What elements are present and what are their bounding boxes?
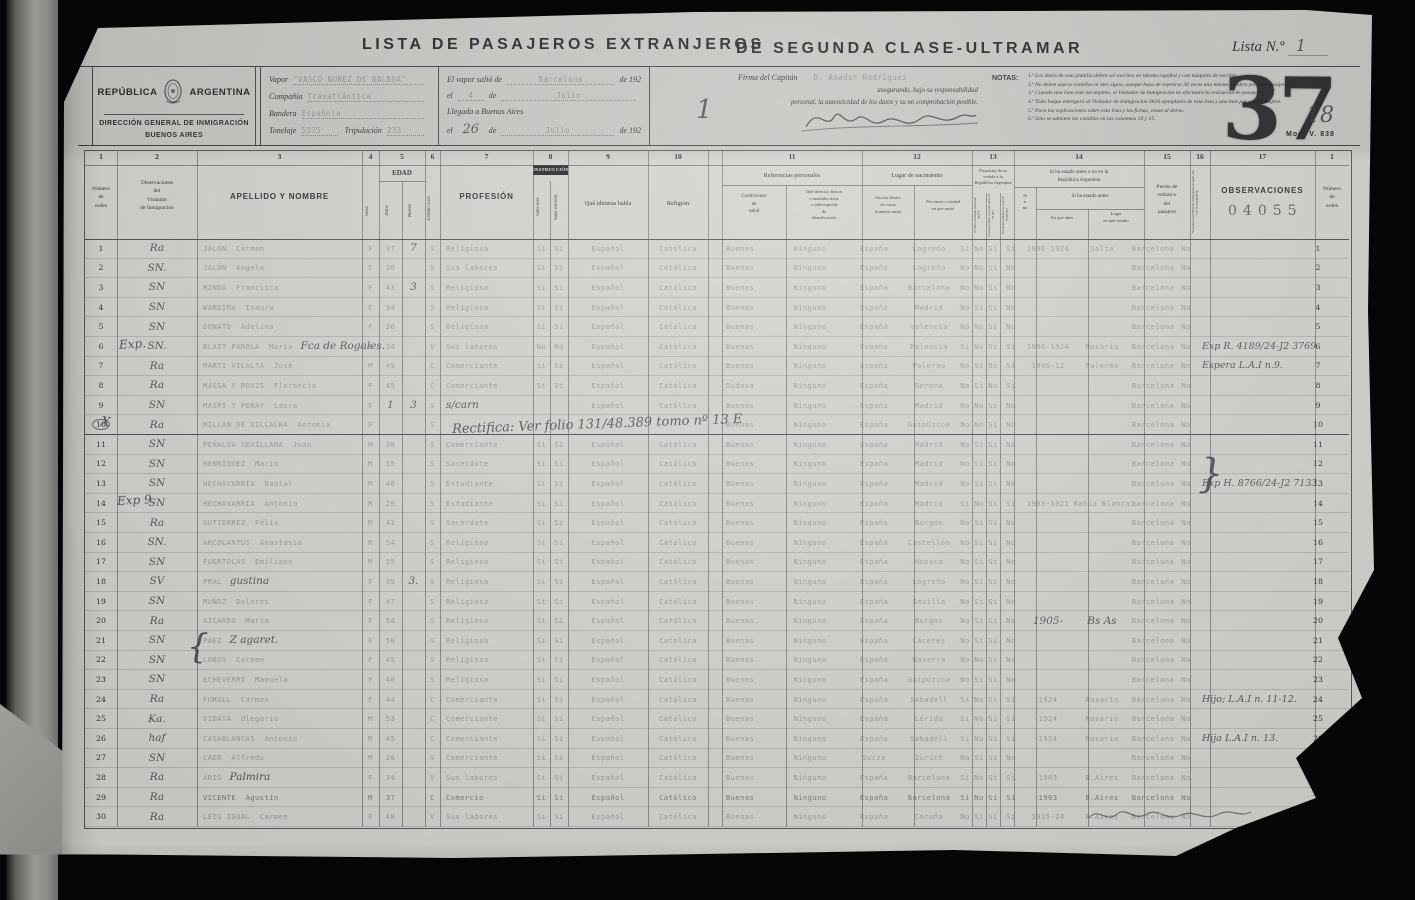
- defects: Ninguno: [772, 611, 848, 630]
- purpose-2: No: [972, 768, 986, 787]
- years-in-argentina: [1022, 259, 1074, 278]
- typed-text: Si: [960, 714, 969, 723]
- age-months: [402, 455, 425, 474]
- typed-text: No: [960, 753, 969, 762]
- can-read: Si: [533, 788, 550, 807]
- visitador-mark: SN: [117, 278, 197, 297]
- llegada-label: Llegada a Buenos Aires: [447, 107, 523, 116]
- column-line: [972, 151, 973, 827]
- profession: Religioso: [440, 533, 533, 552]
- hotel-accept: No: [1176, 553, 1196, 572]
- typed-text: Barcelona: [1132, 381, 1175, 390]
- place-resided: [1074, 631, 1130, 650]
- typed-text: M: [368, 714, 373, 723]
- typed-text: Si: [554, 361, 563, 370]
- defects: Ninguno: [772, 435, 848, 454]
- typed-text: Si: [974, 361, 983, 370]
- purpose-2: Si: [972, 749, 986, 768]
- header-lugar-residio: Lugar en que residió: [1088, 211, 1144, 225]
- typed-text: Católica: [659, 381, 697, 390]
- typed-text: Español: [591, 440, 624, 449]
- handwritten-text: SN.: [147, 262, 166, 274]
- typed-text: Buenas: [726, 616, 754, 625]
- typed-text: Ninguno: [793, 773, 826, 782]
- observations: Hija L.A.I n. 13.: [1196, 729, 1301, 748]
- observations: [1196, 298, 1301, 317]
- typed-text: España: [860, 695, 888, 704]
- birth-nation: España: [848, 690, 900, 709]
- typed-text: 1924: [1039, 714, 1058, 723]
- typed-text: M: [368, 557, 373, 566]
- typed-text: Burgos: [915, 616, 943, 625]
- column-number: 1: [85, 152, 117, 164]
- been-before: Si: [1000, 807, 1022, 826]
- order-number: 29: [85, 788, 117, 807]
- typed-text: MASSA Y ROVIS Florencia: [203, 381, 316, 390]
- hotel-accept: No: [1176, 259, 1196, 278]
- can-write: Si: [550, 807, 568, 826]
- typed-text: Si: [988, 655, 997, 664]
- hotel-accept: No: [1176, 533, 1196, 552]
- passenger-name: ARIS Palmira: [197, 768, 362, 787]
- typed-text: Buenas: [726, 636, 754, 645]
- captain-line1: asegurando, bajo su responsabilidad: [738, 87, 978, 94]
- typed-text: Comerciante: [446, 695, 498, 704]
- embark-port: Barcelona: [1130, 239, 1176, 258]
- passenger-table: 12345678910111213141516171Número de orde…: [84, 150, 1352, 829]
- typed-text: Barcelona: [1132, 714, 1175, 723]
- purpose-1: Si: [958, 709, 972, 728]
- purpose-3: Si: [986, 709, 1000, 728]
- typed-text: Católica: [659, 244, 697, 253]
- typed-text: España: [860, 793, 888, 802]
- typed-text: CAER Alfredo: [203, 753, 264, 762]
- typed-text: Si: [554, 675, 563, 684]
- can-read: Si: [533, 357, 550, 376]
- typed-text: Católica: [659, 773, 697, 782]
- typed-text: Católico: [659, 714, 697, 723]
- typed-text: Si: [554, 538, 563, 547]
- can-read: Si: [533, 807, 550, 826]
- typed-text: V: [430, 342, 435, 351]
- purpose-3: Si: [986, 259, 1000, 278]
- typed-text: Si: [974, 597, 983, 606]
- typed-text: Comerciante: [446, 361, 498, 370]
- birth-nation: España: [848, 631, 900, 650]
- purpose-3: Si: [986, 533, 1000, 552]
- typed-text: Suiza: [862, 753, 886, 762]
- age-years: 54: [379, 533, 402, 552]
- health: Buenas: [708, 278, 772, 297]
- civil-status: S: [425, 631, 440, 650]
- been-before: No: [1000, 670, 1022, 689]
- typed-text: Si: [554, 616, 563, 625]
- typed-text: Español: [591, 401, 624, 410]
- table-row: 19SNMUÑOZ DoloresF47SReligiosaSiSiEspaño…: [85, 592, 1349, 612]
- order-number-right: 19: [1301, 592, 1335, 611]
- sex: F: [362, 239, 379, 258]
- sex: M: [362, 749, 379, 768]
- birth-nation: España: [848, 592, 900, 611]
- can-read: Si: [533, 278, 550, 297]
- column-line: [1144, 151, 1145, 827]
- visitador-mark: Ra: [117, 788, 197, 807]
- order-number: 21: [85, 631, 117, 650]
- typed-text: 39: [386, 577, 395, 586]
- typed-text: Ninguno: [793, 440, 826, 449]
- sex: M: [362, 494, 379, 513]
- typed-text: C: [430, 381, 435, 390]
- typed-text: Barcelona: [1132, 734, 1175, 743]
- years-in-argentina: 1906-1924: [1022, 239, 1074, 258]
- profession: Sus labores: [440, 807, 533, 826]
- purpose-2: No: [972, 709, 986, 728]
- handwritten-text: SN: [149, 321, 165, 333]
- birth-province: Lérida: [900, 709, 958, 728]
- handwritten-text: SN: [149, 301, 165, 313]
- place-resided: [1074, 513, 1130, 532]
- typed-text: Religiosa: [446, 577, 489, 586]
- hotel-accept: No: [1176, 278, 1196, 297]
- language: Español: [568, 572, 648, 591]
- typed-text: Ninguno: [793, 557, 826, 566]
- typed-text: Religioso: [446, 538, 489, 547]
- typed-text: 37: [386, 244, 395, 253]
- typed-text: No: [960, 381, 969, 390]
- typed-text: Si: [554, 793, 563, 802]
- language: Español: [568, 553, 648, 572]
- order-number-right: 4: [1301, 298, 1335, 317]
- column-number: 1: [1315, 152, 1349, 164]
- typed-text: Si: [988, 479, 997, 488]
- typed-text: Ninguno: [793, 303, 826, 312]
- years-in-argentina: 1903: [1022, 788, 1074, 807]
- typed-text: Buenas: [726, 695, 754, 704]
- typed-text: ARIS: [203, 773, 227, 782]
- age-years: 53: [379, 709, 402, 728]
- purpose-1: No: [958, 670, 972, 689]
- purpose-2: No: [972, 651, 986, 670]
- years-in-argentina: [1022, 553, 1074, 572]
- typed-text: España: [860, 714, 888, 723]
- defects: Ninguno: [772, 415, 848, 434]
- language: Español: [568, 709, 648, 728]
- been-before: Si: [1000, 357, 1022, 376]
- table-row: 21SNPAEZ Z agaret.F50SReligiosaSiSiEspañ…: [85, 631, 1349, 651]
- sex: F: [362, 259, 379, 278]
- age-years: 45: [379, 651, 402, 670]
- handwritten-text: Ra: [150, 517, 164, 529]
- age-years: 37: [379, 788, 402, 807]
- embark-port: Barcelona: [1130, 474, 1176, 493]
- purpose-1: No: [958, 572, 972, 591]
- typed-text: Católica: [659, 263, 697, 272]
- handwritten-text: SN: [149, 556, 165, 568]
- typed-text: Si: [988, 773, 997, 782]
- years-in-argentina: [1022, 396, 1074, 415]
- typed-text: Si: [974, 636, 983, 645]
- sex: F: [362, 631, 379, 650]
- typed-text: Si: [988, 499, 997, 508]
- been-before: No: [1000, 415, 1022, 434]
- embark-port: Barcelona: [1130, 317, 1176, 336]
- handwritten-text: SN: [149, 438, 165, 450]
- civil-status: S: [425, 455, 440, 474]
- typed-text: HENRIQUEZ Mario: [203, 459, 279, 468]
- typed-text: Si: [554, 459, 563, 468]
- health: Buenas: [708, 533, 772, 552]
- typed-text: No: [960, 577, 969, 586]
- years-in-argentina: [1022, 415, 1074, 434]
- purpose-2: Si: [972, 670, 986, 689]
- handwritten-annotation: {: [187, 627, 209, 667]
- purpose-3: No: [986, 376, 1000, 395]
- place-resided: [1074, 259, 1130, 278]
- health: Buenas: [708, 788, 772, 807]
- place-resided: Rosario: [1074, 690, 1130, 709]
- typed-text: Si: [554, 655, 563, 664]
- handwritten-text: Espera L.A.I n.9.: [1202, 360, 1283, 371]
- order-number-right: 17: [1301, 553, 1335, 572]
- typed-text: Español: [591, 303, 624, 312]
- profession: Comerciante: [440, 709, 533, 728]
- typed-text: ECHEVERRI Manuela: [203, 675, 288, 684]
- hotel-accept: No: [1176, 415, 1196, 434]
- tripulacion-value: 233: [387, 126, 402, 135]
- typed-text: Religioso: [446, 557, 489, 566]
- page: LISTA DE PASAJEROS EXTRANJEROS DE SEGUND…: [54, 10, 1376, 868]
- typed-text: Si: [960, 773, 969, 782]
- health: Buenas: [708, 435, 772, 454]
- typed-text: Buenas: [726, 753, 754, 762]
- page-subtitle: DE SEGUNDA CLASE-ULTRAMAR: [736, 40, 1083, 58]
- purpose-2: No: [972, 337, 986, 356]
- years-in-argentina: 1915-24: [1022, 807, 1074, 826]
- typed-text: Si: [537, 459, 546, 468]
- typed-text: No: [974, 342, 983, 351]
- observations: Espera L.A.I n.9.: [1196, 357, 1301, 376]
- years-in-argentina: [1022, 572, 1074, 591]
- typed-text: Sacerdote: [446, 459, 489, 468]
- typed-text: Si: [988, 734, 997, 743]
- typed-text: 46: [386, 479, 395, 488]
- observations: [1196, 670, 1301, 689]
- typed-text: M: [368, 361, 373, 370]
- table-row: 12SNHENRIQUEZ MarioM35SSacerdoteSiSiEspa…: [85, 455, 1349, 475]
- typed-text: S: [430, 303, 435, 312]
- typed-text: Católica: [659, 616, 697, 625]
- typed-text: No: [974, 695, 983, 704]
- religion: Católica: [648, 435, 708, 454]
- been-before: No: [1000, 572, 1022, 591]
- visitador-mark: SN: [117, 455, 197, 474]
- typed-text: Bahía Blanca: [1074, 499, 1131, 508]
- column-line: [722, 151, 723, 827]
- table-row: 26hafCASABLANCAS AntonioM45CComercianteS…: [85, 729, 1349, 749]
- years-in-argentina: [1022, 670, 1074, 689]
- typed-text: Si: [537, 636, 546, 645]
- column-number: 11: [722, 152, 862, 164]
- observations: [1196, 415, 1301, 434]
- typed-text: F: [368, 577, 373, 586]
- purpose-1: No: [958, 553, 972, 572]
- health: Buenas: [708, 357, 772, 376]
- typed-text: Rosario: [1085, 714, 1118, 723]
- column-line: [425, 151, 426, 827]
- typed-text: Católico: [659, 499, 697, 508]
- age-months: [402, 768, 425, 787]
- typed-text: Buenas: [726, 322, 754, 331]
- typed-text: Español: [591, 244, 624, 253]
- typed-text: Buenas: [726, 675, 754, 684]
- can-write: [550, 396, 568, 415]
- typed-text: S: [430, 499, 435, 508]
- health: Buenas: [708, 553, 772, 572]
- place-resided: [1074, 592, 1130, 611]
- years-in-argentina: [1022, 298, 1074, 317]
- typed-text: F: [368, 244, 373, 253]
- purpose-1: No: [958, 533, 972, 552]
- typed-text: Buenas: [726, 793, 754, 802]
- typed-text: Si: [537, 440, 546, 449]
- typed-text: Si: [554, 283, 563, 292]
- birth-nation: España: [848, 533, 900, 552]
- typed-text: Buenas: [726, 597, 754, 606]
- can-write: Si: [550, 690, 568, 709]
- typed-text: 35: [386, 459, 395, 468]
- typed-text: Si: [537, 812, 546, 821]
- typed-text: Si: [988, 616, 997, 625]
- hotel-accept: No: [1176, 494, 1196, 513]
- order-number-right: 8: [1301, 376, 1335, 395]
- typed-text: Católico: [659, 793, 697, 802]
- typed-text: F: [368, 283, 373, 292]
- typed-text: Si: [554, 244, 563, 253]
- typed-text: España: [860, 361, 888, 370]
- order-number: 25: [85, 709, 117, 728]
- typed-text: Barcelona: [1132, 459, 1175, 468]
- purpose-3: Si: [986, 788, 1000, 807]
- can-write: Si: [550, 553, 568, 572]
- passenger-name: FUERTOLAS Emiliano: [197, 553, 362, 572]
- typed-text: Sacerdote: [446, 518, 489, 527]
- typed-text: Madrid: [915, 479, 943, 488]
- purpose-3: Si: [986, 631, 1000, 650]
- sex: F: [362, 572, 379, 591]
- birth-nation: España: [848, 239, 900, 258]
- purpose-3: Si: [986, 670, 1000, 689]
- age-years: 44: [379, 690, 402, 709]
- typed-text: Barcelona: [1132, 675, 1175, 684]
- can-write: Si: [550, 317, 568, 336]
- typed-text: Buenas: [726, 538, 754, 547]
- civil-status: C: [425, 690, 440, 709]
- typed-text: No: [974, 793, 983, 802]
- typed-text: Si: [537, 695, 546, 704]
- column-number: 6: [425, 152, 440, 164]
- table-row: 3SNMINDA FranciscaF433SReligiosaSiSiEspa…: [85, 278, 1349, 298]
- typed-text: 50: [386, 636, 395, 645]
- age-years: 36: [379, 317, 402, 336]
- civil-status: S: [425, 670, 440, 689]
- language: Español: [568, 768, 648, 787]
- can-read: Si: [533, 259, 550, 278]
- handwritten-text: SN.: [147, 340, 166, 352]
- typed-text: Si: [988, 420, 997, 429]
- religion: Católico: [648, 513, 708, 532]
- typed-text: Sabadell: [910, 734, 948, 743]
- purpose-3: Si: [986, 768, 1000, 787]
- birth-province: Palencia: [900, 337, 958, 356]
- birth-nation: España: [848, 494, 900, 513]
- place-resided: Rosario: [1074, 709, 1130, 728]
- hotel-accept: No: [1176, 513, 1196, 532]
- purpose-3: Si: [986, 298, 1000, 317]
- typed-text: S: [430, 538, 435, 547]
- health: Buenas: [708, 494, 772, 513]
- salida-day: 4: [468, 91, 473, 100]
- typed-text: Católica: [659, 303, 697, 312]
- typed-text: Sus labores: [446, 773, 498, 782]
- typed-text: Español: [591, 597, 624, 606]
- age-years: 1: [379, 396, 402, 415]
- typed-text: Si: [988, 303, 997, 312]
- typed-text: España: [860, 557, 888, 566]
- typed-text: Español: [591, 793, 624, 802]
- typed-text: Comerciante: [446, 714, 498, 723]
- can-write: Si: [550, 278, 568, 297]
- purpose-2: No: [972, 729, 986, 748]
- birth-nation: España: [848, 651, 900, 670]
- been-before: No: [1000, 611, 1022, 630]
- language: Español: [568, 259, 648, 278]
- typed-text: Ninguno: [793, 499, 826, 508]
- health: Buenas: [708, 474, 772, 493]
- order-number-right: 11: [1301, 435, 1335, 454]
- birth-province: Madrid: [900, 396, 958, 415]
- language: Español: [568, 729, 648, 748]
- sex: M: [362, 788, 379, 807]
- visitador-mark: Ra: [117, 611, 197, 630]
- embark-port: Barcelona: [1130, 553, 1176, 572]
- typed-text: Español: [591, 812, 624, 821]
- passenger-name: ECHEVERRI Manuela: [197, 670, 362, 689]
- religion: Católico: [648, 788, 708, 807]
- place-resided: [1074, 455, 1130, 474]
- can-read: Si: [533, 474, 550, 493]
- order-number-right: 10: [1301, 415, 1335, 434]
- purpose-3: Si: [986, 592, 1000, 611]
- age-months: 7: [402, 239, 425, 258]
- order-number-right: 18: [1301, 572, 1335, 591]
- order-number-right: 12: [1301, 455, 1335, 474]
- firma-label: Firma del Capitán: [738, 73, 798, 82]
- health: Buenas: [708, 592, 772, 611]
- been-before: No: [1000, 631, 1022, 650]
- typed-text: No: [960, 420, 969, 429]
- purpose-2: Si: [972, 572, 986, 591]
- typed-text: España: [860, 499, 888, 508]
- visitador-mark: SN: [117, 631, 197, 650]
- column-line: [117, 151, 118, 827]
- typed-text: Si: [988, 401, 997, 410]
- typed-text: AICARDO Maria: [203, 616, 269, 625]
- health: Buenas: [708, 670, 772, 689]
- typed-text: No: [974, 244, 983, 253]
- age-months: [402, 337, 425, 356]
- typed-text: España: [860, 420, 888, 429]
- age-months: [402, 749, 425, 768]
